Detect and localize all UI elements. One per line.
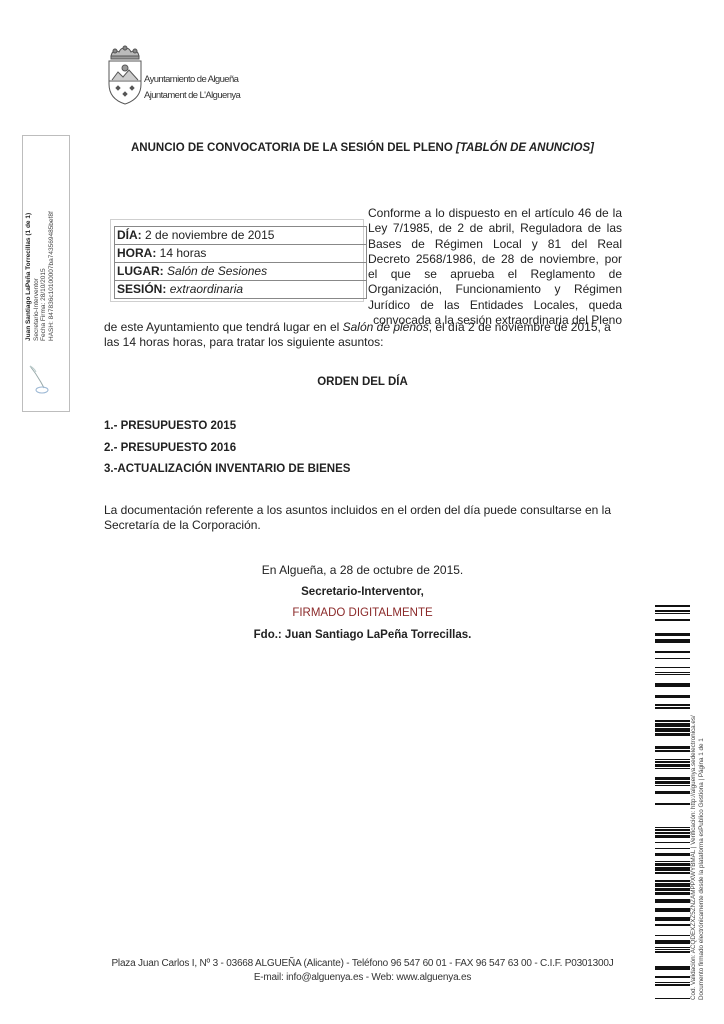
- intro-line: Conforme a lo dispuesto en el artículo 4…: [368, 206, 622, 221]
- verification-text: Cod. Validación: ACQDEXZXZ5ZNZAMPPXWYBMA…: [690, 600, 706, 1000]
- agenda-heading: ORDEN DEL DÍA: [100, 376, 625, 388]
- place-date: En Algueña, a 28 de octubre de 2015.: [100, 560, 625, 582]
- session-day-value: 2 de noviembre de 2015: [145, 228, 274, 242]
- intro-line: el que se aprueba el Reglamento de: [368, 267, 622, 282]
- footer-contact: E-mail: info@alguenya.es - Web: www.algu…: [100, 971, 625, 985]
- session-type-value: extraordinaria: [170, 282, 243, 296]
- intro-line: Jurídico de las Entidades Locales, queda: [368, 298, 622, 313]
- text-span: de este Ayuntamiento que tendrá lugar en…: [104, 320, 343, 334]
- barcode-icon: [655, 605, 690, 1000]
- signature-block: En Algueña, a 28 de octubre de 2015. Sec…: [100, 560, 625, 646]
- strip-signer: Juan Santiago LaPeña Torrecillas (1 de 1…: [25, 141, 33, 341]
- footer-address: Plaza Juan Carlos I, Nº 3 - 03668 ALGUEÑ…: [100, 957, 625, 971]
- agenda-item: 2.- PRESUPUESTO 2016: [104, 438, 350, 460]
- session-day-row: DÍA: 2 de noviembre de 2015: [115, 227, 367, 245]
- coat-of-arms-icon: [105, 44, 145, 106]
- agenda-item: 1.- PRESUPUESTO 2015: [104, 416, 350, 438]
- page-title: ANUNCIO DE CONVOCATORIA DE LA SESIÓN DEL…: [100, 142, 625, 154]
- session-box: DÍA: 2 de noviembre de 2015 HORA: 14 hor…: [114, 226, 367, 299]
- meeting-room-name: Salón de plenos: [343, 320, 429, 334]
- title-main: ANUNCIO DE CONVOCATORIA DE LA SESIÓN DEL…: [131, 142, 453, 154]
- session-time-row: HORA: 14 horas: [115, 245, 367, 263]
- intro-line: Ley 7/1985, de 2 de abril, Reguladora de…: [368, 221, 622, 236]
- session-time-label: HORA:: [117, 246, 156, 260]
- strip-role: Secretario-Interventor: [33, 141, 41, 341]
- signature-strip-text: Juan Santiago LaPeña Torrecillas (1 de 1…: [25, 141, 55, 341]
- verification-code: Cod. Validación: ACQDEXZXZ5ZNZAMPPXWYBMA…: [690, 600, 698, 1000]
- session-day-label: DÍA:: [117, 228, 142, 242]
- documentation-note: La documentación referente a los asuntos…: [104, 503, 622, 534]
- municipality-name-va: Ajuntament de L'Alguenya: [144, 88, 240, 104]
- municipality-name: Ayuntamiento de Algueña Ajuntament de L'…: [144, 72, 240, 104]
- session-time-value: 14 horas: [160, 246, 207, 260]
- session-type-row: SESIÓN: extraordinaria: [115, 281, 367, 299]
- verification-platform: Documento firmado electrónicamente desde…: [698, 600, 706, 1000]
- strip-hash: HASH: 847836c10100007ba743569485bef8f: [48, 141, 56, 341]
- quill-pen-icon: [24, 362, 54, 396]
- intro-continuation-line2: las 14 horas horas, para tratar los sigu…: [104, 335, 622, 350]
- intro-paragraph-continuation: de este Ayuntamiento que tendrá lugar en…: [104, 320, 622, 351]
- intro-paragraph-right: Conforme a lo dispuesto en el artículo 4…: [368, 206, 622, 328]
- intro-continuation-line1: de este Ayuntamiento que tendrá lugar en…: [104, 320, 622, 335]
- text-span: , el día 2 de noviembre de 2015, a: [429, 320, 611, 334]
- session-type-label: SESIÓN:: [117, 282, 166, 296]
- session-place-label: LUGAR:: [117, 264, 164, 278]
- signer-role: Secretario-Interventor,: [100, 582, 625, 604]
- footer: Plaza Juan Carlos I, Nº 3 - 03668 ALGUEÑ…: [100, 957, 625, 985]
- strip-date: Fecha Firma: 28/10/2015: [40, 141, 48, 341]
- agenda-item: 3.-ACTUALIZACIÓN INVENTARIO DE BIENES: [104, 459, 350, 481]
- intro-line: Organización, Funcionamiento y Régimen: [368, 282, 622, 297]
- intro-line: Decreto 2568/1986, de 28 de noviembre, p…: [368, 252, 622, 267]
- municipality-name-es: Ayuntamiento de Algueña: [144, 72, 240, 88]
- signer-name: Fdo.: Juan Santiago LaPeña Torrecillas.: [100, 625, 625, 647]
- session-place-value: Salón de Sesiones: [167, 264, 267, 278]
- agenda-list: 1.- PRESUPUESTO 2015 2.- PRESUPUESTO 201…: [104, 416, 350, 481]
- session-place-row: LUGAR: Salón de Sesiones: [115, 263, 367, 281]
- title-bracket: [TABLÓN DE ANUNCIOS]: [456, 142, 594, 154]
- intro-line: Bases de Régimen Local y 81 del Real: [368, 237, 622, 252]
- digitally-signed-label: FIRMADO DIGITALMENTE: [100, 603, 625, 625]
